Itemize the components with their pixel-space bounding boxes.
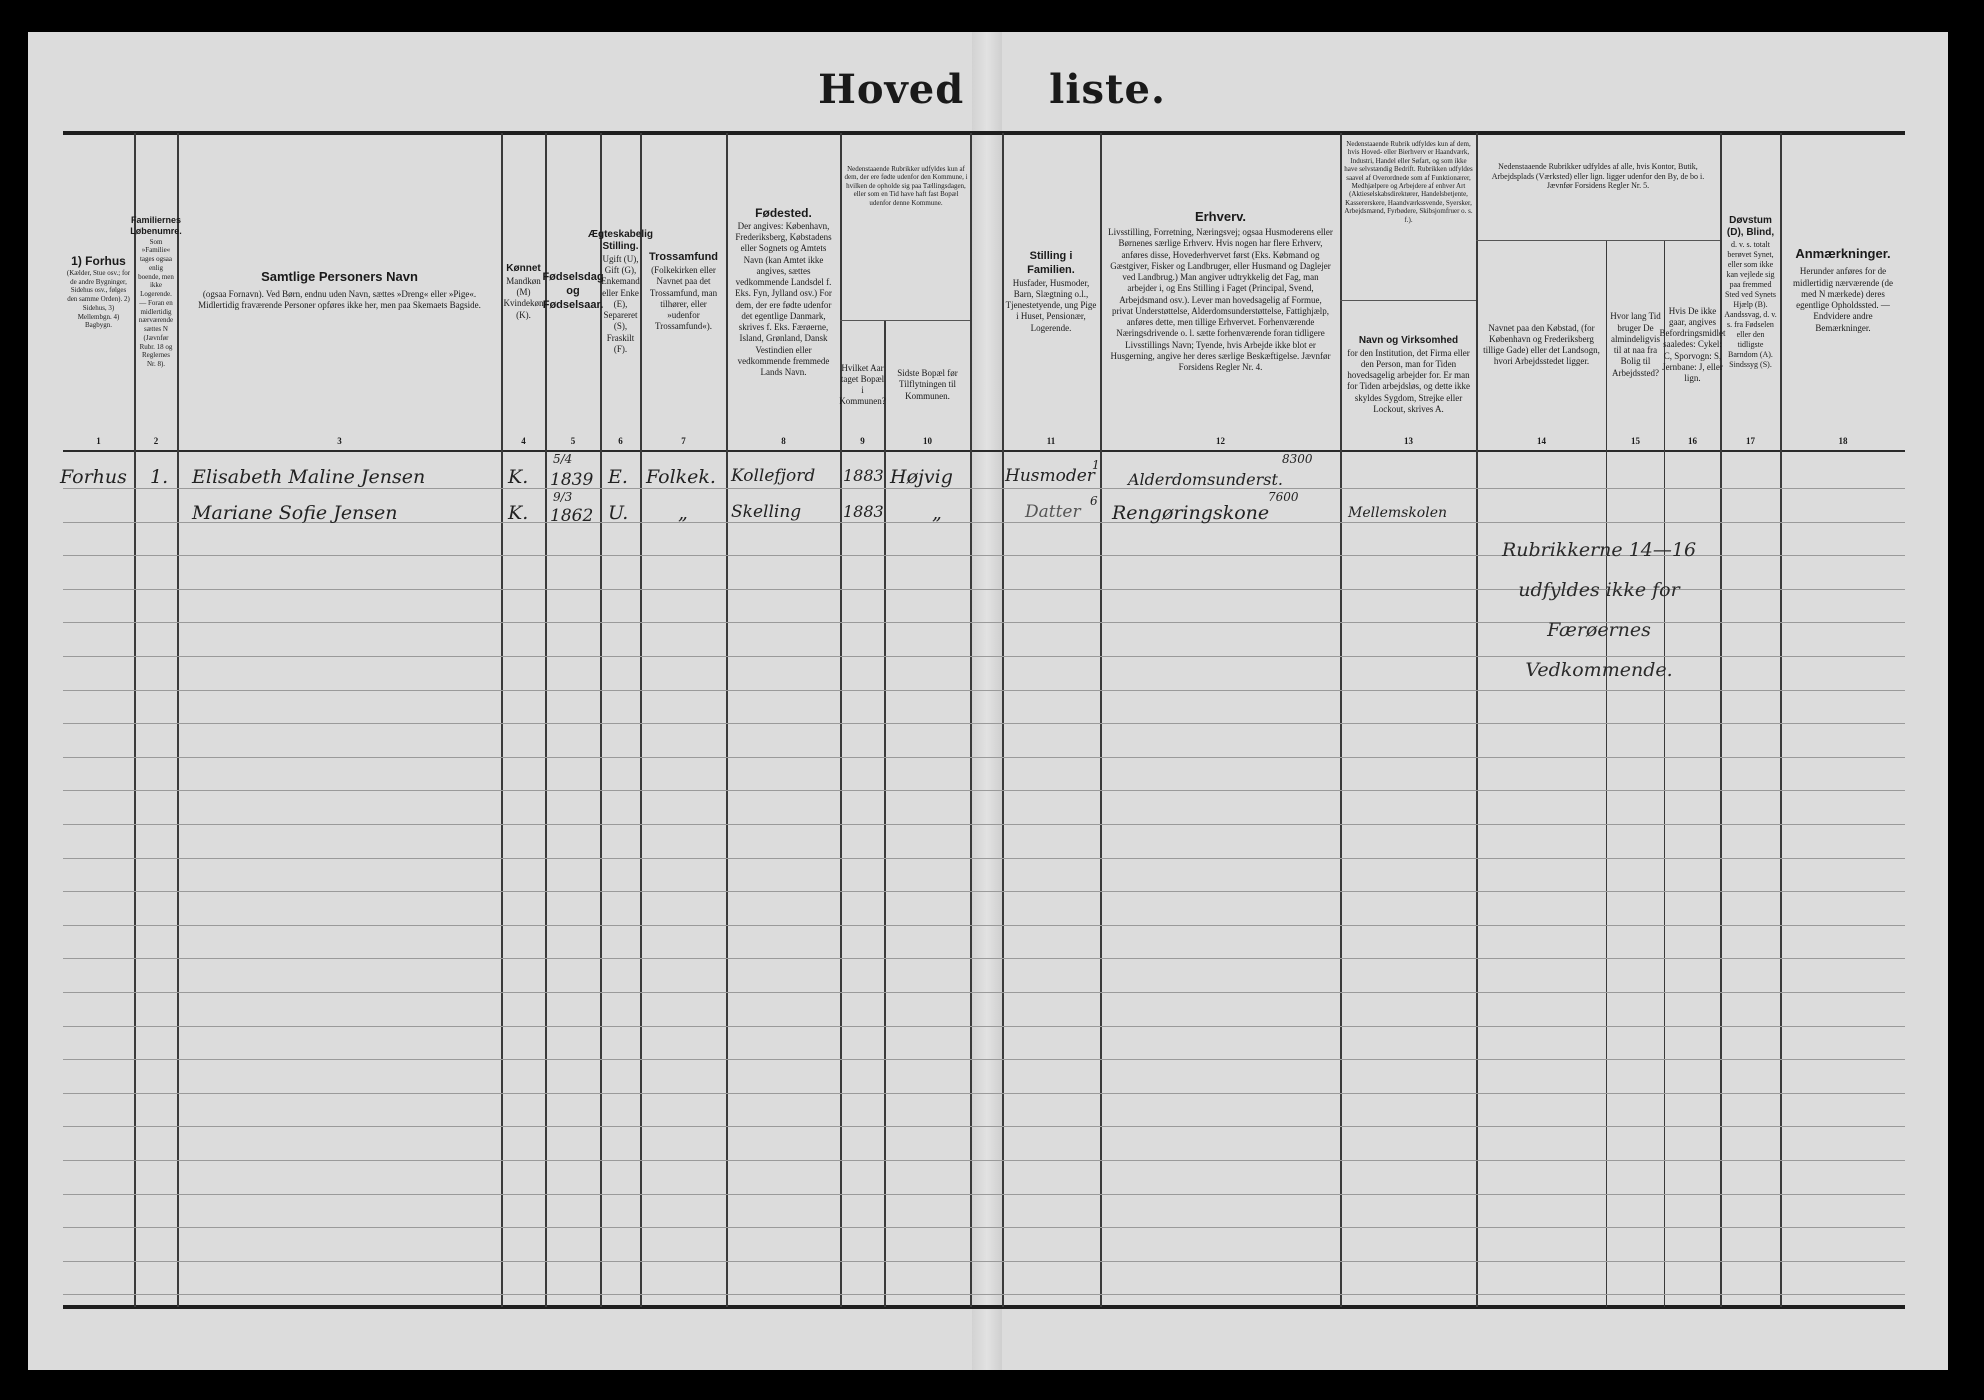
- entry-family-no: 1.: [150, 466, 168, 488]
- row-rule: [63, 757, 1905, 758]
- row-rule: [63, 488, 1905, 489]
- column-number: 14: [1477, 436, 1606, 446]
- col-divider: [840, 133, 842, 1307]
- col-divider: [884, 320, 886, 1307]
- header-col-17: Døvstum (D), Blind,d. v. s. totalt berøv…: [1721, 136, 1780, 448]
- entry-employer: Mellemskolen: [1348, 505, 1447, 521]
- column-number: 4: [502, 436, 545, 446]
- row-rule: [63, 1294, 1905, 1295]
- entry-occupation: Alderdomsunderst.: [1128, 470, 1283, 489]
- column-number: 8: [727, 436, 840, 446]
- header-col-6: Ægteskabelig Stilling.Ugift (U), Gift (G…: [601, 136, 640, 448]
- stamp-note-line: Færøernes Vedkommende.: [1474, 610, 1724, 690]
- column-number: 17: [1721, 436, 1780, 446]
- row-rule: [63, 1227, 1905, 1228]
- header-col-5: Fødselsdag og Fødselsaar.: [546, 136, 600, 448]
- entry-religion: Folkek.: [646, 466, 716, 488]
- column-number: 3: [178, 436, 501, 446]
- row-rule: [63, 723, 1905, 724]
- header-col-4: KønnetMandkøn (M) Kvindekøn (K).: [502, 136, 545, 448]
- entry-year-moved: 1883: [843, 466, 884, 485]
- entry-birthplace: Skelling: [731, 502, 801, 522]
- row-rule: [63, 1059, 1905, 1060]
- entry-birth-day: 5/4: [553, 452, 572, 466]
- subheader-rule: [840, 320, 970, 321]
- page-fold: [972, 32, 1002, 1370]
- column-number: 12: [1101, 436, 1340, 446]
- column-number: 15: [1607, 436, 1664, 446]
- header-col-1: 1) Forhus(Kælder, Stue osv.; for de andr…: [63, 136, 134, 448]
- header-col-14: Navnet paa den Købstad, (for København o…: [1477, 242, 1606, 448]
- row-rule: [63, 891, 1905, 892]
- column-number: 11: [1002, 436, 1100, 446]
- column-number: 10: [885, 436, 970, 446]
- group-header-9-10: Nedenstaaende Rubrikker udfyldes kun af …: [844, 165, 968, 207]
- header-col-10: Sidste Bopæl før Tilflytningen til Kommu…: [885, 322, 970, 448]
- column-number: 6: [601, 436, 640, 446]
- column-number: 1: [63, 436, 134, 446]
- row-rule: [63, 690, 1905, 691]
- column-number: 5: [546, 436, 600, 446]
- entry-family-position-mark: 1: [1092, 458, 1100, 472]
- column-number: 7: [641, 436, 726, 446]
- stamp-note-line: udfyldes ikke for: [1474, 570, 1724, 610]
- column-number: 16: [1665, 436, 1720, 446]
- header-col-8: Fødested.Der angives: København, Frederi…: [727, 136, 840, 448]
- entry-building: Forhus: [60, 466, 127, 488]
- entry-marital: U.: [608, 502, 628, 524]
- header-col-16: Hvis De ikke gaar, angives Befordringsmi…: [1665, 242, 1720, 448]
- entry-birth-year: 1839: [550, 470, 593, 490]
- header-col-15: Hvor lang Tid bruger De almindeligvis ti…: [1607, 242, 1664, 448]
- subheader-rule: [1340, 300, 1476, 301]
- entry-birth-day: 9/3: [553, 490, 572, 504]
- entry-name: Elisabeth Maline Jensen: [192, 466, 425, 488]
- entry-occupation-code: 8300: [1282, 452, 1313, 466]
- entry-last-residence: Højvig: [890, 466, 953, 488]
- header-col-13: Navn og Virksomhedfor den Institution, d…: [1341, 302, 1476, 448]
- stamp-note-line: Rubrikkerne 14—16: [1474, 530, 1724, 570]
- entry-name: Mariane Sofie Jensen: [192, 502, 398, 524]
- entry-family-position: Husmoder: [1005, 466, 1095, 486]
- col-divider: [970, 133, 972, 1307]
- entry-birth-year: 1862: [550, 506, 593, 526]
- row-rule: [63, 1026, 1905, 1027]
- row-rule: [63, 958, 1905, 959]
- header-col-18: Anmærkninger.Herunder anføres for de mid…: [1781, 136, 1905, 448]
- entry-year-moved: 1883: [843, 502, 884, 521]
- row-rule: [63, 925, 1905, 926]
- header-col-12: Erhverv.Livsstilling, Forretning, Næring…: [1101, 136, 1340, 448]
- page-title: Hoved liste.: [0, 66, 1984, 113]
- row-rule: [63, 1093, 1905, 1094]
- column-number: 9: [841, 436, 884, 446]
- top-rule: [63, 131, 1905, 135]
- header-col-7: Trossamfund(Folkekirken eller Navnet paa…: [641, 136, 726, 448]
- header-col-9: Hvilket Aar taget Bopæl i Kommunen?: [841, 322, 884, 448]
- subheader-rule: [1476, 240, 1720, 241]
- row-rule: [63, 992, 1905, 993]
- header-col-11: Stilling i Familien.Husfader, Husmoder, …: [1002, 136, 1100, 448]
- entry-sex: K.: [508, 502, 528, 524]
- header-col-3: Samtlige Personers Navn(ogsaa Fornavn). …: [178, 136, 501, 448]
- group-header-13: Nedenstaaende Rubrik udfyldes kun af dem…: [1343, 140, 1474, 224]
- column-number: 13: [1341, 436, 1476, 446]
- entry-birthplace: Kollefjord: [731, 466, 815, 486]
- row-rule: [63, 1261, 1905, 1262]
- stamp-note: Rubrikkerne 14—16 udfyldes ikke for Færø…: [1474, 530, 1724, 690]
- row-rule: [63, 858, 1905, 859]
- row-rule: [63, 824, 1905, 825]
- entry-family-position-mark: 6: [1090, 494, 1098, 508]
- column-number: 18: [1781, 436, 1905, 446]
- entry-occupation: Rengøringskone: [1112, 502, 1269, 524]
- entry-religion: „: [678, 502, 688, 524]
- column-number: 2: [135, 436, 177, 446]
- row-rule: [63, 790, 1905, 791]
- entry-marital: E.: [608, 466, 628, 488]
- bottom-rule: [63, 1305, 1905, 1309]
- entry-family-position: Datter: [1025, 502, 1081, 522]
- row-rule: [63, 1126, 1905, 1127]
- entry-occupation-code: 7600: [1268, 490, 1299, 504]
- entry-sex: K.: [508, 466, 528, 488]
- header-col-2: Familiernes Løbenumre.Som »Familie« tage…: [135, 136, 177, 448]
- row-rule: [63, 1160, 1905, 1161]
- group-header-14-16: Nedenstaaende Rubrikker udfyldes af alle…: [1480, 162, 1716, 191]
- header-rule: [63, 450, 1905, 452]
- entry-last-residence: „: [932, 502, 942, 524]
- row-rule: [63, 1194, 1905, 1195]
